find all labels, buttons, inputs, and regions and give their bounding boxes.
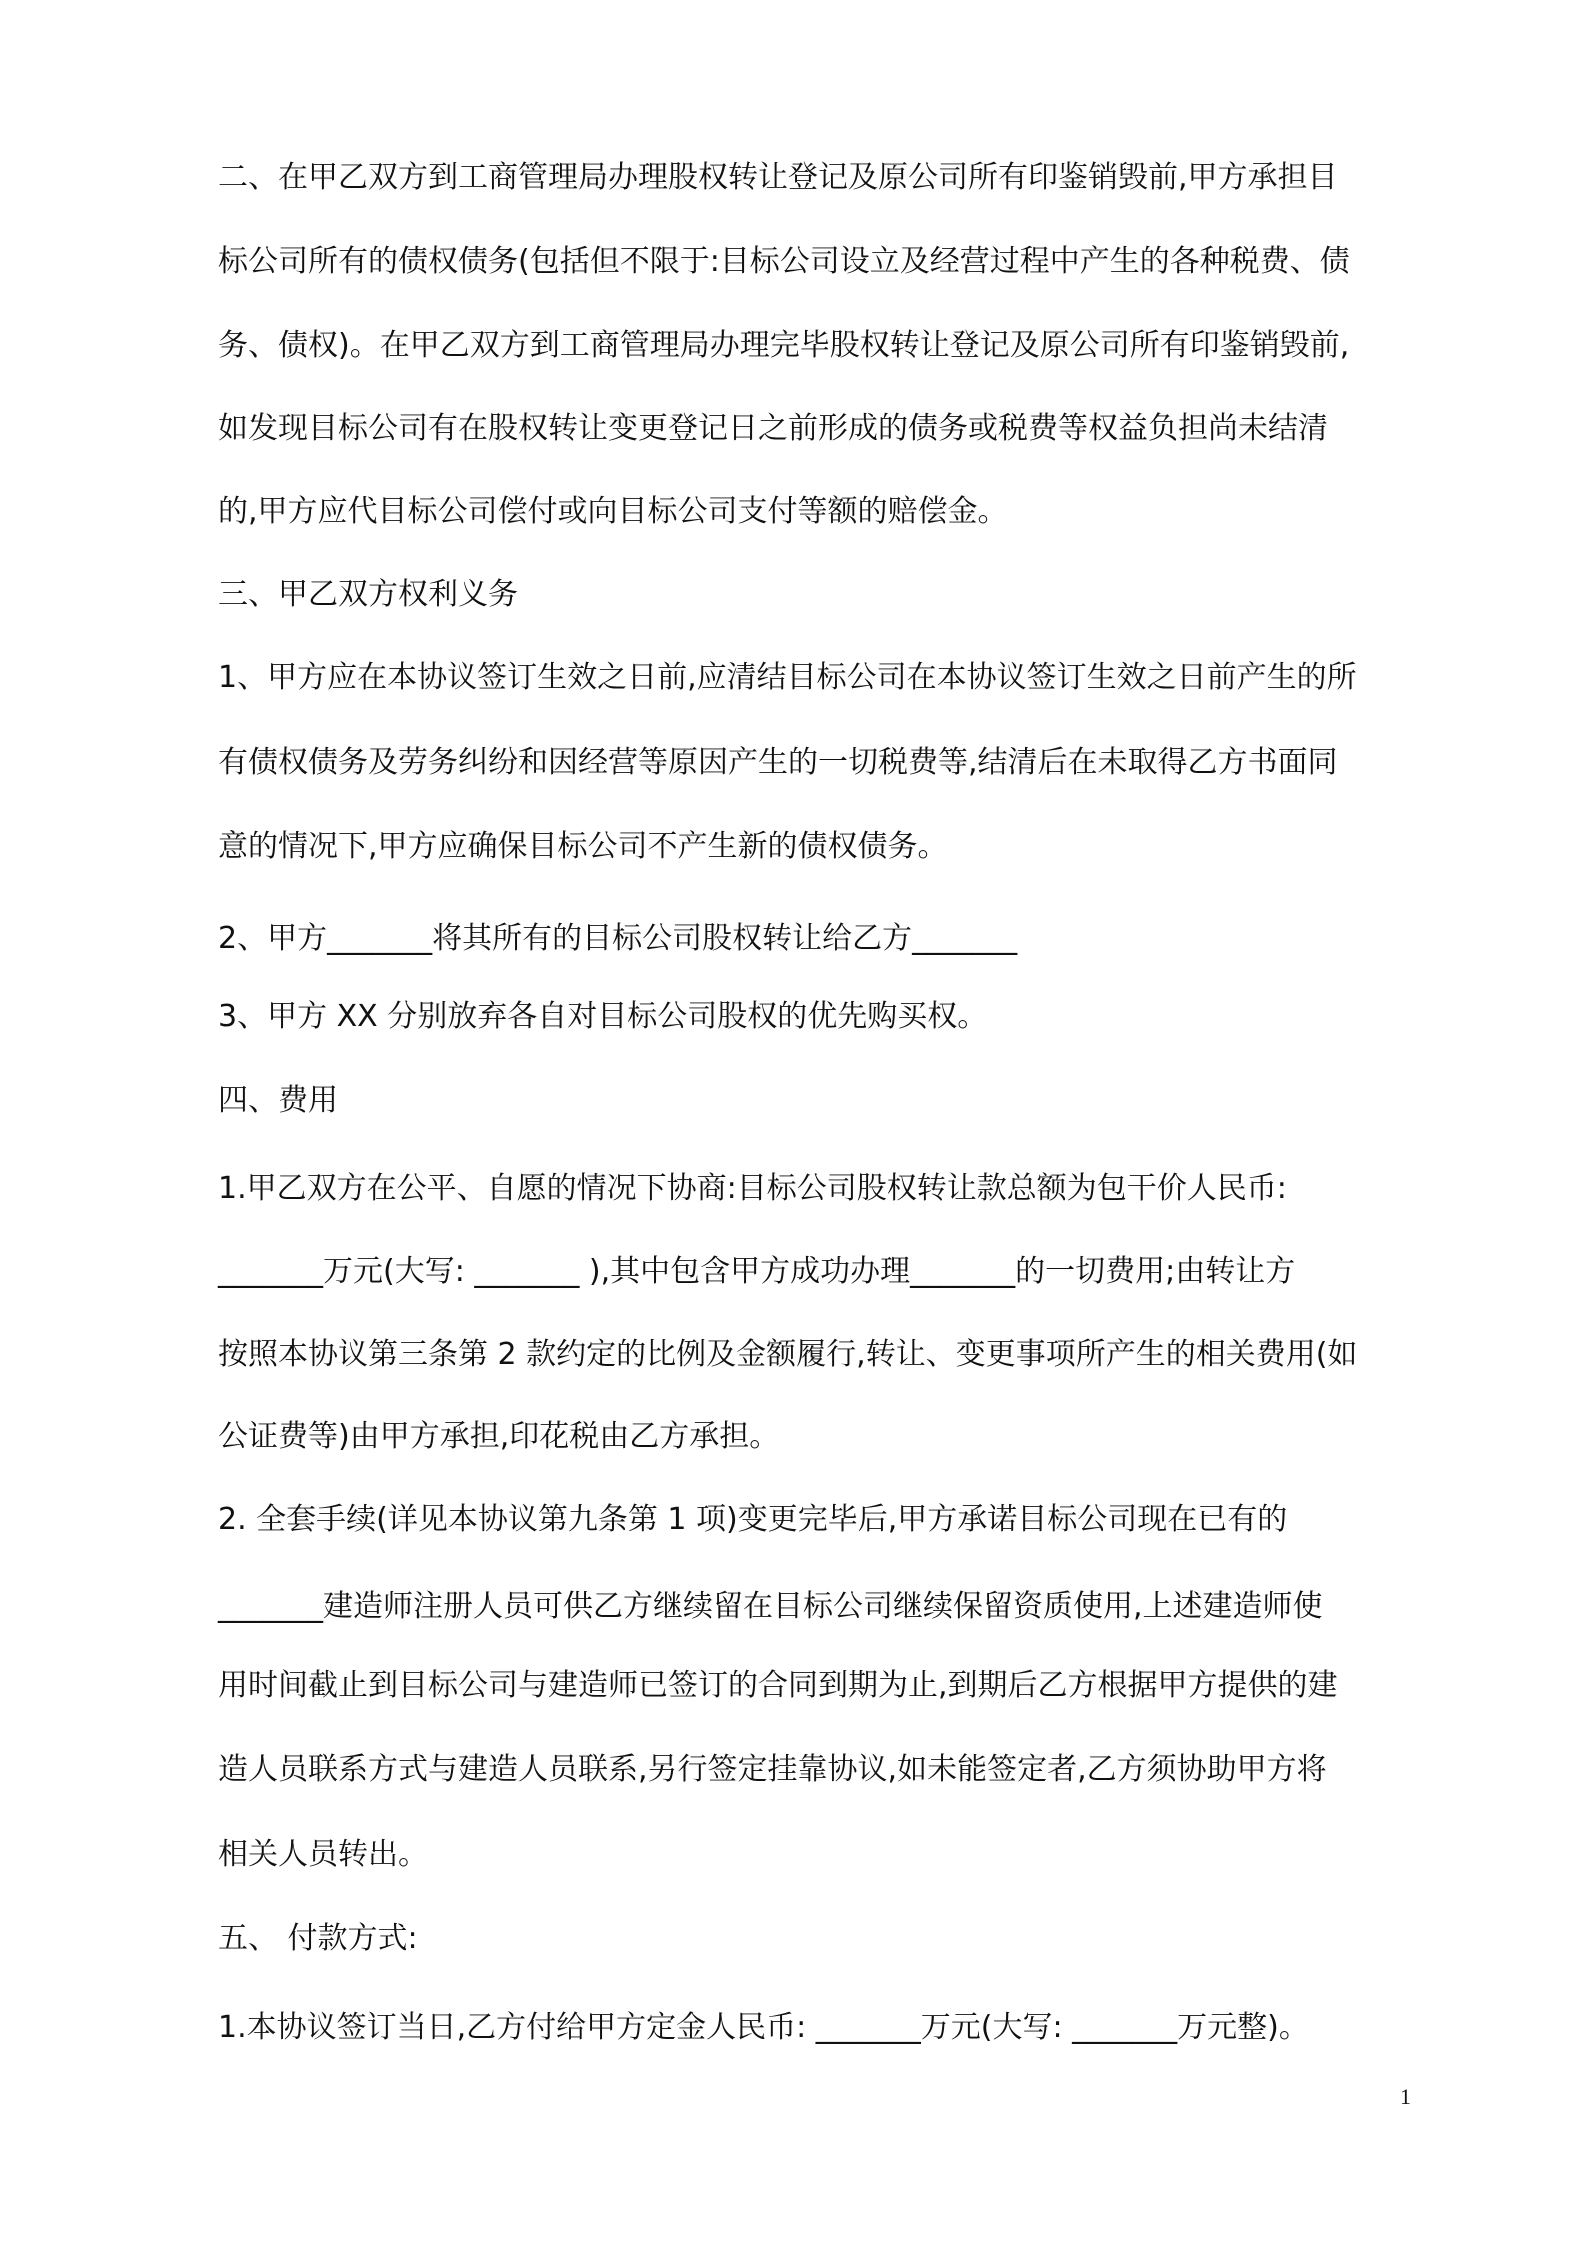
paragraph-line: 1、甲方应在本协议签订生效之日前,应清结目标公司在本协议签订生效之日前产生的所 [218, 660, 1357, 696]
paragraph-line: 务、债权)。在甲乙双方到工商管理局办理完毕股权转让登记及原公司所有印鉴销毁前, [218, 328, 1349, 364]
paragraph-line: 造人员联系方式与建造人员联系,另行签定挂靠协议,如未能签定者,乙方须协助甲方将 [218, 1752, 1327, 1788]
paragraph-line: 2. 全套手续(详见本协议第九条第 1 项)变更完毕后,甲方承诺目标公司现在已有… [218, 1502, 1287, 1538]
paragraph-line: 的,甲方应代目标公司偿付或向目标公司支付等额的赔偿金。 [218, 494, 1008, 530]
paragraph-line: 按照本协议第三条第 2 款约定的比例及金额履行,转让、变更事项所产生的相关费用(… [218, 1337, 1357, 1373]
paragraph-line: 1.甲乙双方在公平、自愿的情况下协商:目标公司股权转让款总额为包干价人民币: [218, 1171, 1287, 1207]
section-heading: 三、甲乙双方权利义务 [218, 577, 518, 613]
paragraph-line: _______建造师注册人员可供乙方继续留在目标公司继续保留资质使用,上述建造师… [218, 1589, 1323, 1625]
paragraph-line: 意的情况下,甲方应确保目标公司不产生新的债权债务。 [218, 829, 948, 865]
paragraph-line: 2、甲方_______将其所有的目标公司股权转让给乙方_______ [218, 921, 1017, 957]
paragraph-line: 1.本协议签订当日,乙方付给甲方定金人民币: _______万元(大写: ___… [218, 2010, 1309, 2046]
paragraph-line: 二、在甲乙双方到工商管理局办理股权转让登记及原公司所有印鉴销毁前,甲方承担目 [218, 160, 1338, 196]
section-heading: 五、 付款方式: [218, 1921, 418, 1957]
section-heading: 四、费用 [218, 1083, 338, 1119]
paragraph-line: 相关人员转出。 [218, 1837, 428, 1873]
page-number: 1 [1400, 2084, 1411, 2110]
paragraph-line: 如发现目标公司有在股权转让变更登记日之前形成的债务或税费等权益负担尚未结清 [218, 411, 1328, 447]
paragraph-line: 3、甲方 XX 分别放弃各自对目标公司股权的优先购买权。 [218, 999, 987, 1035]
document-page: 二、在甲乙双方到工商管理局办理股权转让登记及原公司所有印鉴销毁前,甲方承担目 标… [0, 0, 1586, 2244]
paragraph-line: 标公司所有的债权债务(包括但不限于:目标公司设立及经营过程中产生的各种税费、债 [218, 244, 1350, 280]
paragraph-line: _______万元(大写: _______ ),其中包含甲方成功办理______… [218, 1254, 1295, 1290]
paragraph-line: 公证费等)由甲方承担,印花税由乙方承担。 [218, 1419, 779, 1455]
paragraph-line: 用时间截止到目标公司与建造师已签订的合同到期为止,到期后乙方根据甲方提供的建 [218, 1668, 1338, 1704]
paragraph-line: 有债权债务及劳务纠纷和因经营等原因产生的一切税费等,结清后在未取得乙方书面同 [218, 745, 1338, 781]
